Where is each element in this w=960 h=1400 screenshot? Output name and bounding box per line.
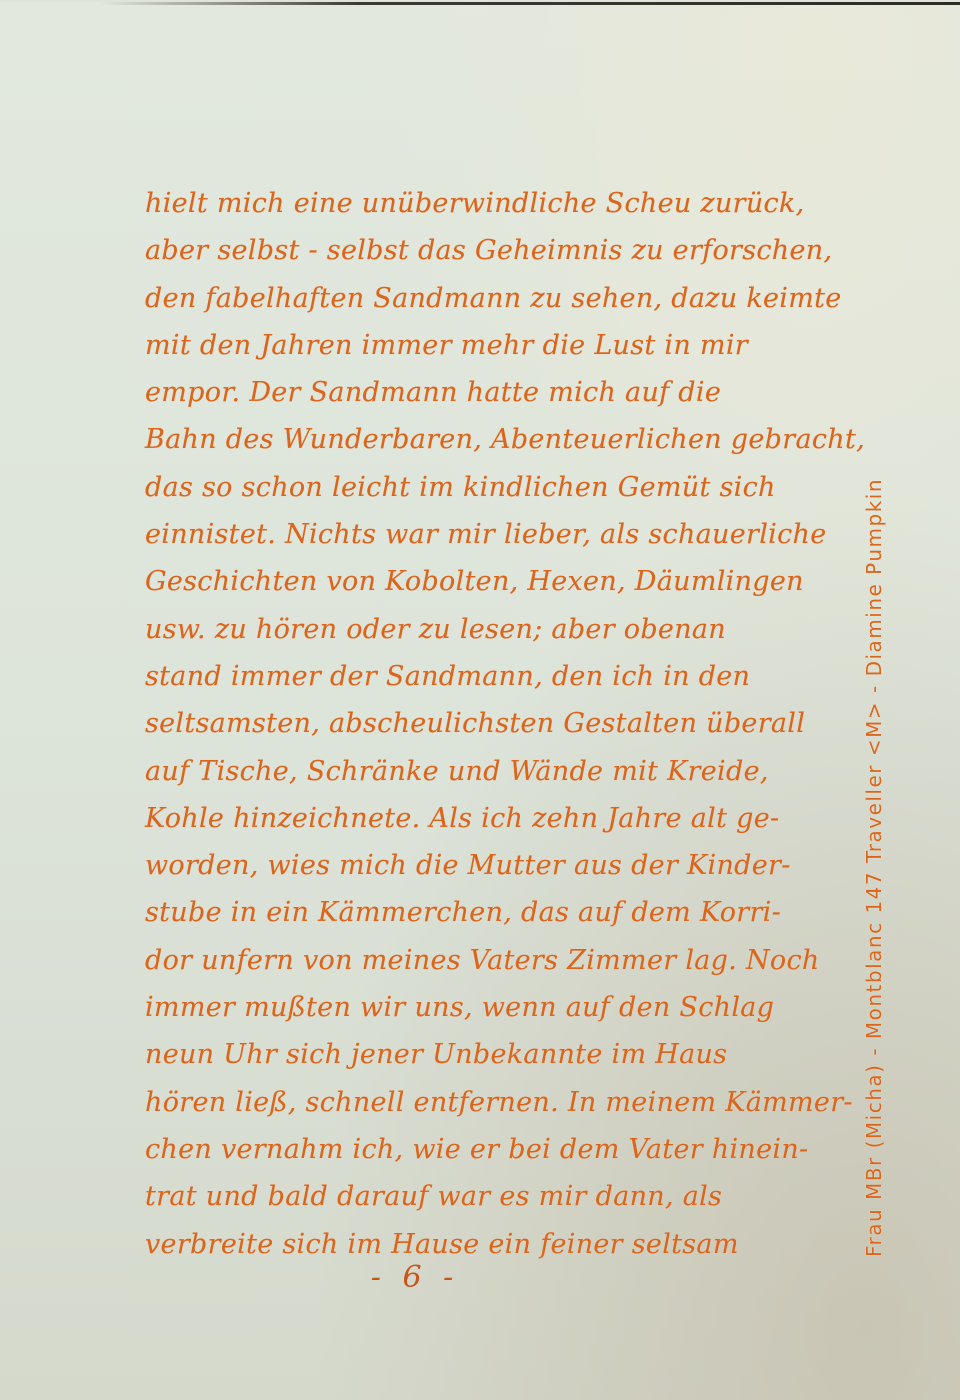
- text-line: Geschichten von Kobolten, Hexen, Däumlin…: [145, 558, 825, 605]
- text-line: den fabelhaften Sandmann zu sehen, dazu …: [145, 275, 825, 322]
- text-line: hielt mich eine unüberwindliche Scheu zu…: [145, 180, 825, 227]
- text-line: stand immer der Sandmann, den ich in den: [145, 653, 825, 700]
- text-line: empor. Der Sandmann hatte mich auf die: [145, 369, 825, 416]
- paper-top-edge: [100, 2, 960, 5]
- text-line: einnistet. Nichts war mir lieber, als sc…: [145, 511, 825, 558]
- text-line: mit den Jahren immer mehr die Lust in mi…: [145, 322, 825, 369]
- vertical-margin-note: Frau MBr (Micha) - Montblanc 147 Travell…: [862, 478, 886, 1257]
- text-line: chen vernahm ich, wie er bei dem Vater h…: [145, 1126, 825, 1173]
- page-number: - 6 -: [0, 1260, 830, 1295]
- text-line: immer mußten wir uns, wenn auf den Schla…: [145, 984, 825, 1031]
- text-line: das so schon leicht im kindlichen Gemüt …: [145, 464, 825, 511]
- text-line: trat und bald darauf war es mir dann, al…: [145, 1173, 825, 1220]
- paper-sheet: hielt mich eine unüberwindliche Scheu zu…: [0, 2, 960, 1400]
- text-line: Bahn des Wunderbaren, Abenteuerlichen ge…: [145, 416, 825, 463]
- text-line: hören ließ, schnell entfernen. In meinem…: [145, 1079, 825, 1126]
- handwritten-body-text: hielt mich eine unüberwindliche Scheu zu…: [145, 180, 825, 1268]
- text-line: auf Tische, Schränke und Wände mit Kreid…: [145, 748, 825, 795]
- text-line: aber selbst - selbst das Geheimnis zu er…: [145, 227, 825, 274]
- text-line: worden, wies mich die Mutter aus der Kin…: [145, 842, 825, 889]
- text-line: Kohle hinzeichnete. Als ich zehn Jahre a…: [145, 795, 825, 842]
- text-line: dor unfern von meines Vaters Zimmer lag.…: [145, 937, 825, 984]
- text-line: stube in ein Kämmerchen, das auf dem Kor…: [145, 889, 825, 936]
- text-line: seltsamsten, abscheulichsten Gestalten ü…: [145, 700, 825, 747]
- text-line: usw. zu hören oder zu lesen; aber obenan: [145, 606, 825, 653]
- text-line: neun Uhr sich jener Unbekannte im Haus: [145, 1031, 825, 1078]
